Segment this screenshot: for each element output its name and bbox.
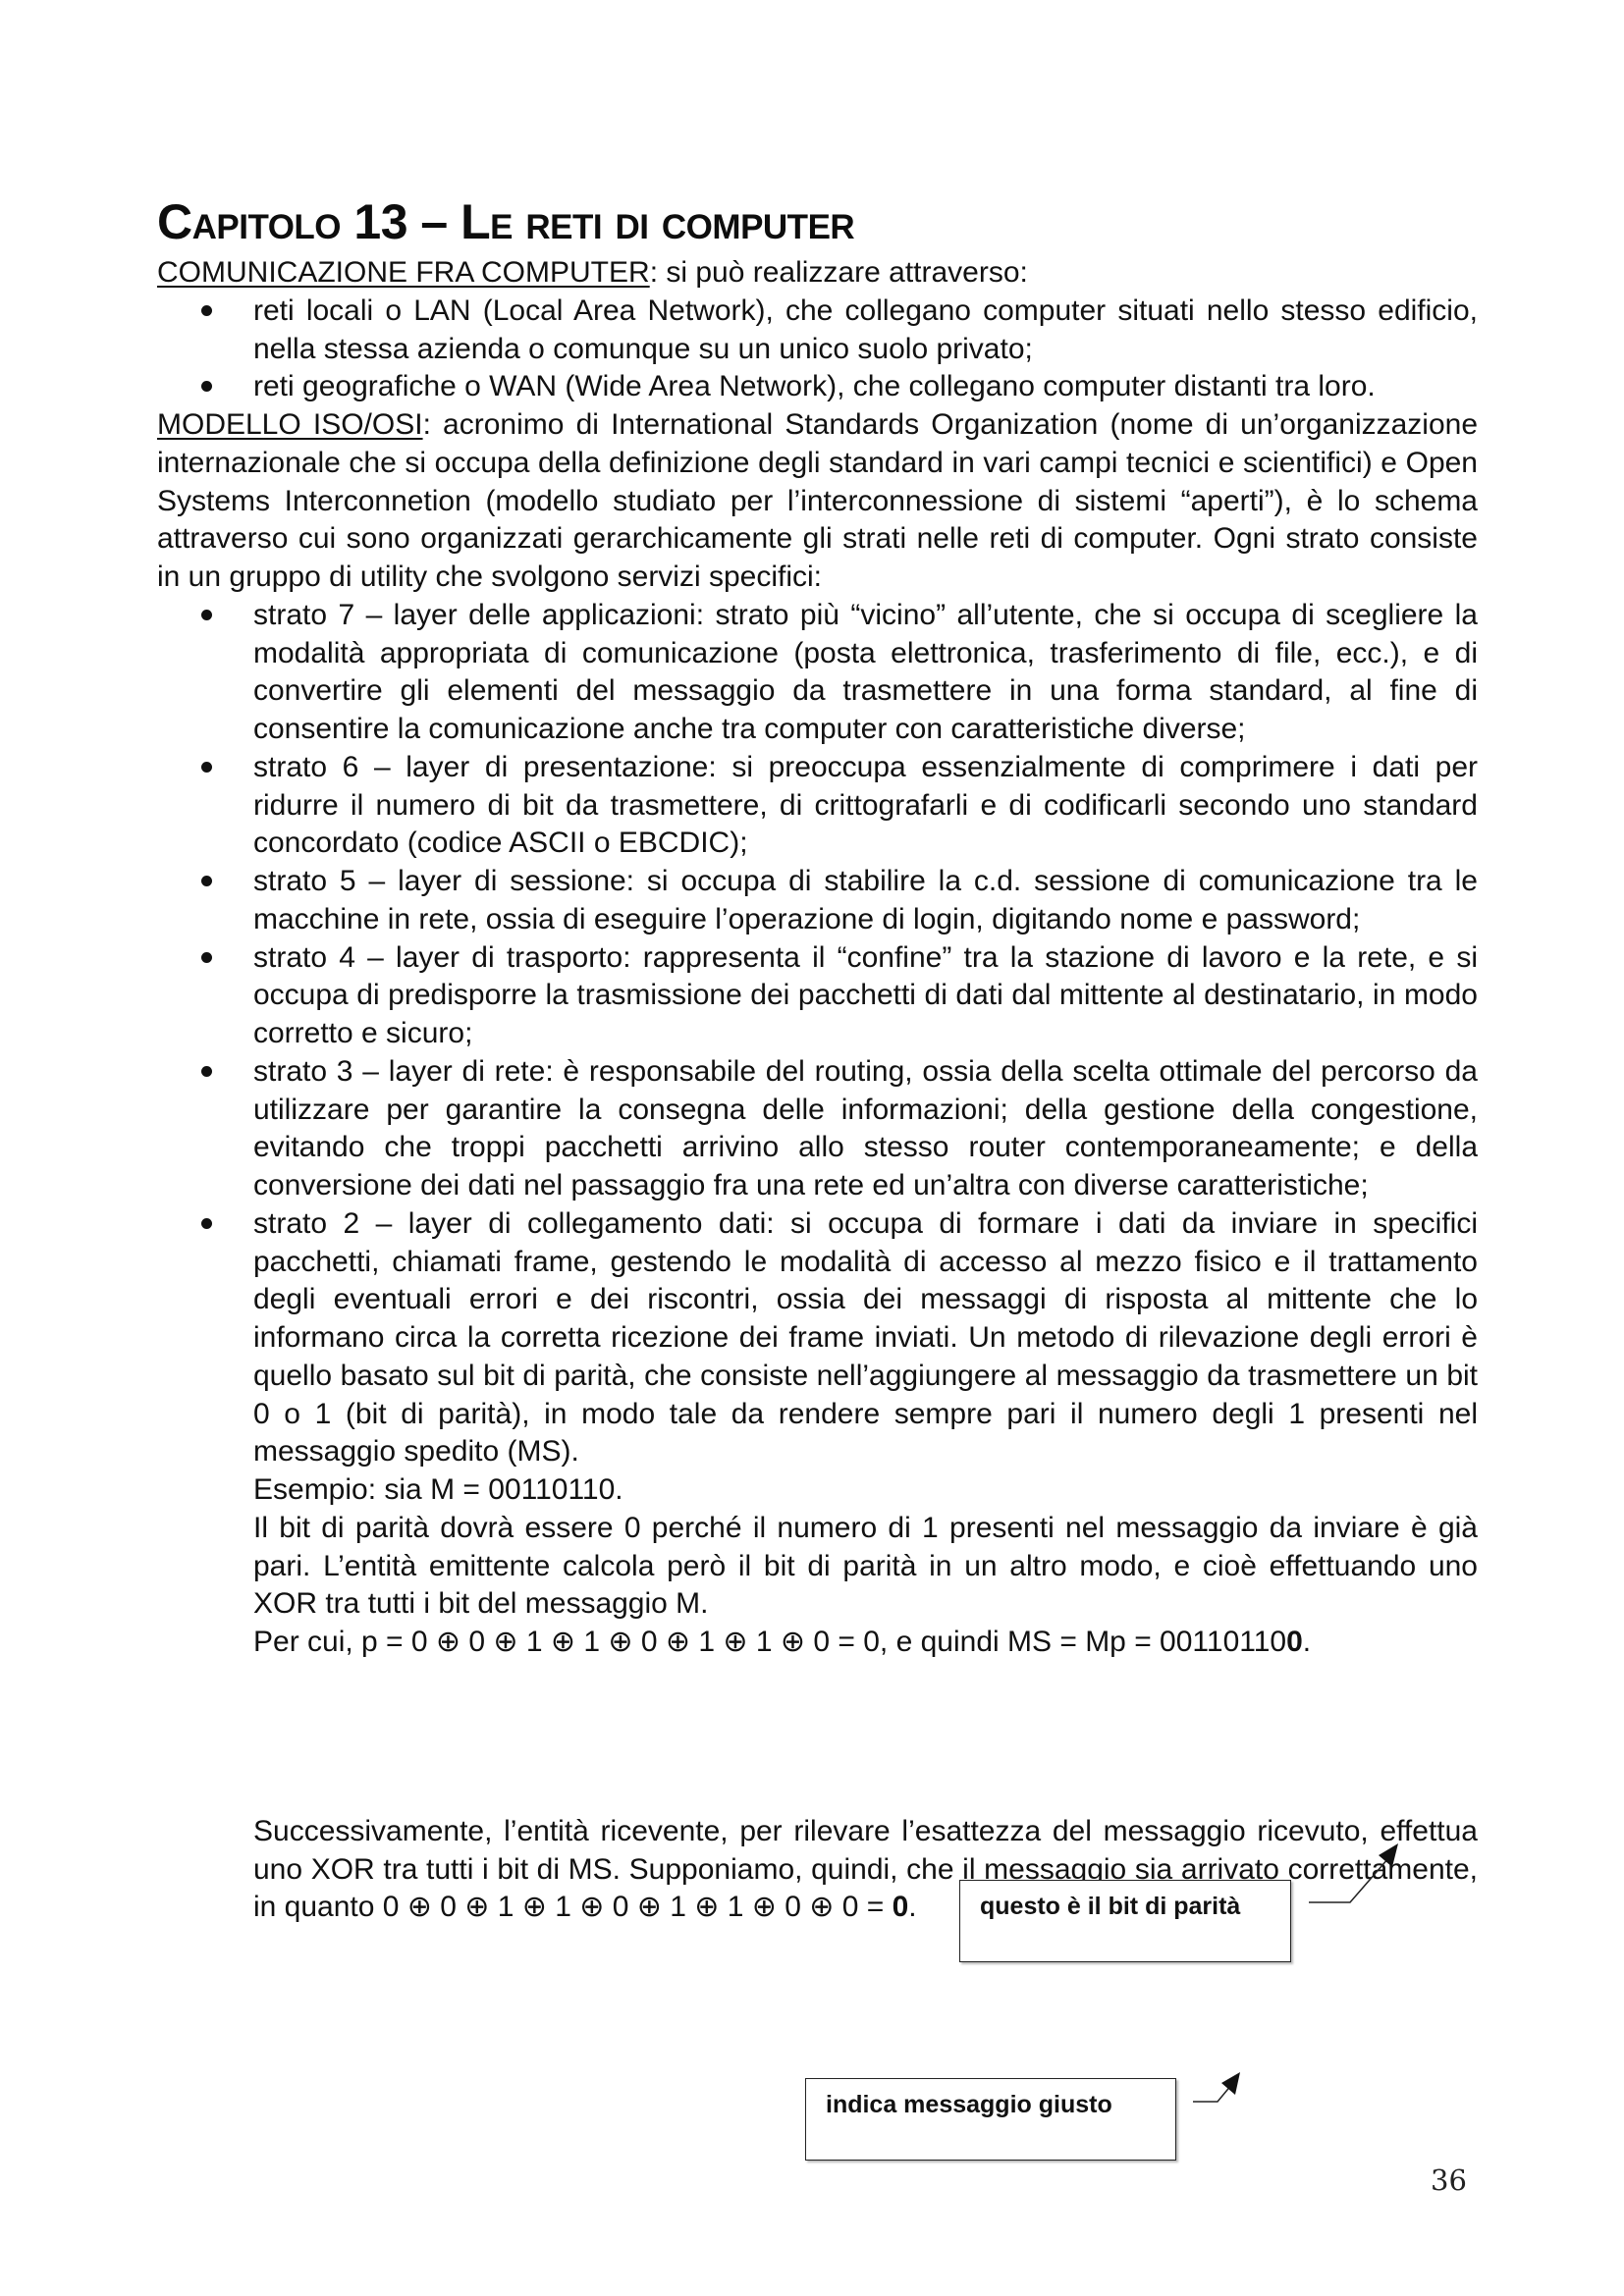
list-item: strato 4 – layer di trasporto: rappresen… (253, 939, 1478, 1053)
bullet-icon (201, 305, 212, 316)
osi-term: MODELLO ISO/OSI (157, 408, 423, 441)
osi-layers-list: strato 7 – layer delle applicazioni: str… (157, 597, 1478, 1927)
callout-text: questo è il bit di parità (980, 1893, 1240, 1921)
bullet-icon (201, 876, 212, 886)
example-line-1: Esempio: sia M = 00110110. (253, 1471, 1478, 1510)
list-item: strato 2 – layer di collegamento dati: s… (253, 1205, 1478, 1927)
page-number: 36 (1431, 2163, 1467, 2197)
example-line-4: Successivamente, l’entità ricevente, per… (253, 1813, 1478, 1927)
parity-bit: 0 (1286, 1626, 1303, 1658)
bullet-icon (201, 1218, 212, 1229)
list-item: reti locali o LAN (Local Area Network), … (253, 293, 1478, 369)
intro-text: : si può realizzare attraverso: (650, 256, 1028, 289)
bullet-icon (201, 610, 212, 620)
list-item: reti geografiche o WAN (Wide Area Networ… (253, 368, 1478, 406)
list-item: strato 6 – layer di presentazione: si pr… (253, 749, 1478, 863)
example-line-3: Per cui, p = 0 ⊕ 0 ⊕ 1 ⊕ 1 ⊕ 0 ⊕ 1 ⊕ 1 ⊕… (253, 1624, 1478, 1662)
osi-paragraph: MODELLO ISO/OSI: acronimo di Internation… (157, 406, 1478, 597)
network-types-list: reti locali o LAN (Local Area Network), … (157, 293, 1478, 406)
intro-term: COMUNICAZIONE FRA COMPUTER (157, 256, 650, 289)
parity-bit-callout: questo è il bit di parità (959, 1880, 1291, 1962)
list-item: strato 5 – layer di sessione: si occupa … (253, 863, 1478, 939)
arrow-icon (1193, 2072, 1240, 2102)
list-item: strato 7 – layer delle applicazioni: str… (253, 597, 1478, 749)
bullet-icon (201, 1066, 212, 1077)
xor-result: 0 (893, 1891, 909, 1923)
body-text: COMUNICAZIONE FRA COMPUTER: si può reali… (157, 254, 1478, 1927)
callout-spacer (253, 1662, 1478, 1813)
chapter-heading: Capitolo 13 – Le reti di computer (157, 192, 854, 251)
example-line-2: Il bit di parità dovrà essere 0 perché i… (253, 1510, 1478, 1624)
intro-paragraph: COMUNICAZIONE FRA COMPUTER: si può reali… (157, 254, 1478, 293)
callout-text: indica messaggio giusto (826, 2091, 1112, 2119)
list-item: strato 3 – layer di rete: è responsabile… (253, 1053, 1478, 1205)
document-page: Capitolo 13 – Le reti di computer COMUNI… (0, 0, 1624, 2296)
bullet-icon (201, 381, 212, 392)
bullet-icon (201, 952, 212, 963)
bullet-icon (201, 762, 212, 773)
correct-message-callout: indica messaggio giusto (805, 2078, 1176, 2161)
